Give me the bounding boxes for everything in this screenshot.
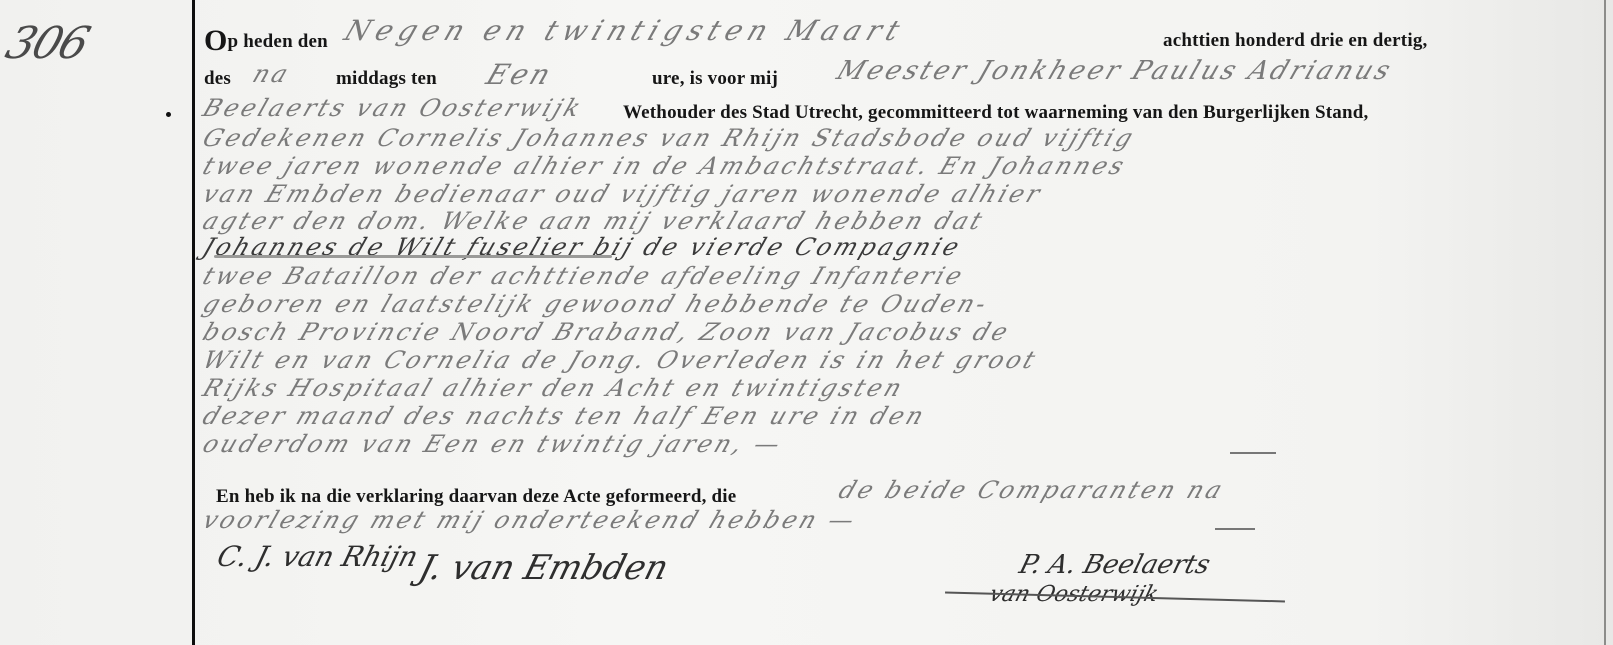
signature-witness-2: J. van Embden xyxy=(415,548,673,588)
closing-dash xyxy=(1215,528,1255,530)
line-end-dash xyxy=(1230,452,1276,454)
page-edge-line xyxy=(1604,0,1606,645)
handwritten-time-period: na xyxy=(249,60,295,88)
printed-des: des xyxy=(204,68,231,90)
printed-middags: middags ten xyxy=(336,68,437,90)
printed-year: achttien honderd drie en dertig, xyxy=(1163,30,1427,52)
handwritten-closing-b: voorlezing met mij onderteekend hebben — xyxy=(199,506,861,534)
body-line-8: bosch Provincie Noord Braband, Zoon van … xyxy=(199,318,1015,346)
body-line-11: dezer maand des nachts ten half Een ure … xyxy=(199,402,931,430)
printed-closing: En heb ik na die verklaring daarvan deze… xyxy=(216,486,736,508)
document-page: 306 Op heden den Negen en twintigsten Ma… xyxy=(0,0,1613,645)
body-line-9: Wilt en van Cornelia de Jong. Overleden … xyxy=(199,346,1042,374)
body-line-12: ouderdom van Een en twintig jaren, — xyxy=(199,430,787,458)
body-line-10: Rijks Hospitaal alhier den Acht en twint… xyxy=(199,374,909,402)
body-line-7: geboren en laatstelijk gewoond hebbende … xyxy=(199,290,993,318)
handwritten-date: Negen en twintigsten Maart xyxy=(340,14,910,47)
drop-cap: O xyxy=(204,24,228,57)
margin-dot xyxy=(166,112,171,117)
signature-witness-1: C. J. van Rhijn xyxy=(214,540,422,573)
deceased-name-underline xyxy=(214,255,612,258)
body-line-6: twee Bataillon der achttiende afdeeling … xyxy=(199,262,969,290)
handwritten-official-surname: Beelaerts van Oosterwijk xyxy=(199,94,587,122)
handwritten-official-name: Meester Jonkheer Paulus Adrianus xyxy=(833,56,1398,86)
printed-line-1: Op heden den xyxy=(204,24,328,58)
record-number: 306 xyxy=(0,18,94,69)
printed-text: p heden den xyxy=(228,31,328,52)
signature-official-1: P. A. Beelaerts xyxy=(1016,550,1213,580)
body-line-3: van Embden bedienaar oud vijftig jaren w… xyxy=(199,180,1047,208)
handwritten-closing-a: de beide Comparanten na xyxy=(835,476,1229,504)
body-line-2: twee jaren wonende alhier in de Ambachts… xyxy=(199,152,1131,180)
printed-ure: ure, is voor mij xyxy=(652,68,778,90)
body-line-1: Gedekenen Cornelis Johannes van Rhijn St… xyxy=(199,124,1140,152)
margin-rule-line xyxy=(192,0,195,645)
body-line-4: agter den dom. Welke aan mij verklaard h… xyxy=(199,207,989,235)
printed-wethouder: Wethouder des Stad Utrecht, gecommitteer… xyxy=(623,102,1368,124)
handwritten-hour: Een xyxy=(482,58,558,91)
